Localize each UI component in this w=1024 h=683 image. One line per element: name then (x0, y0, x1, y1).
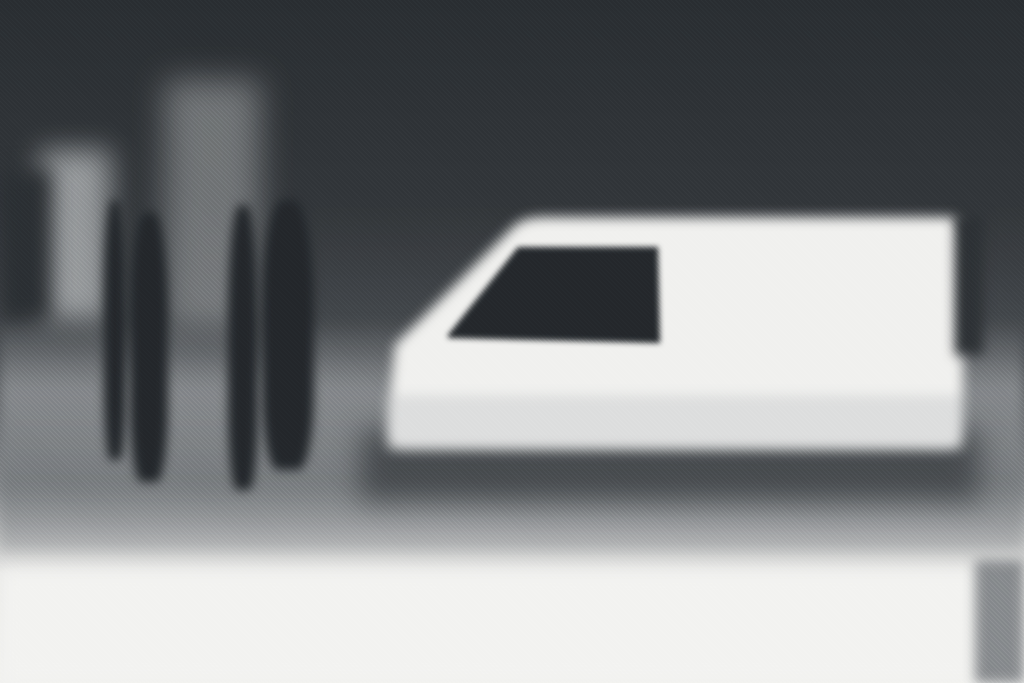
charcoal-drawing: Charcoal drawing of a white van with a d… (0, 0, 1024, 683)
charcoal-grain-texture (0, 0, 1024, 683)
